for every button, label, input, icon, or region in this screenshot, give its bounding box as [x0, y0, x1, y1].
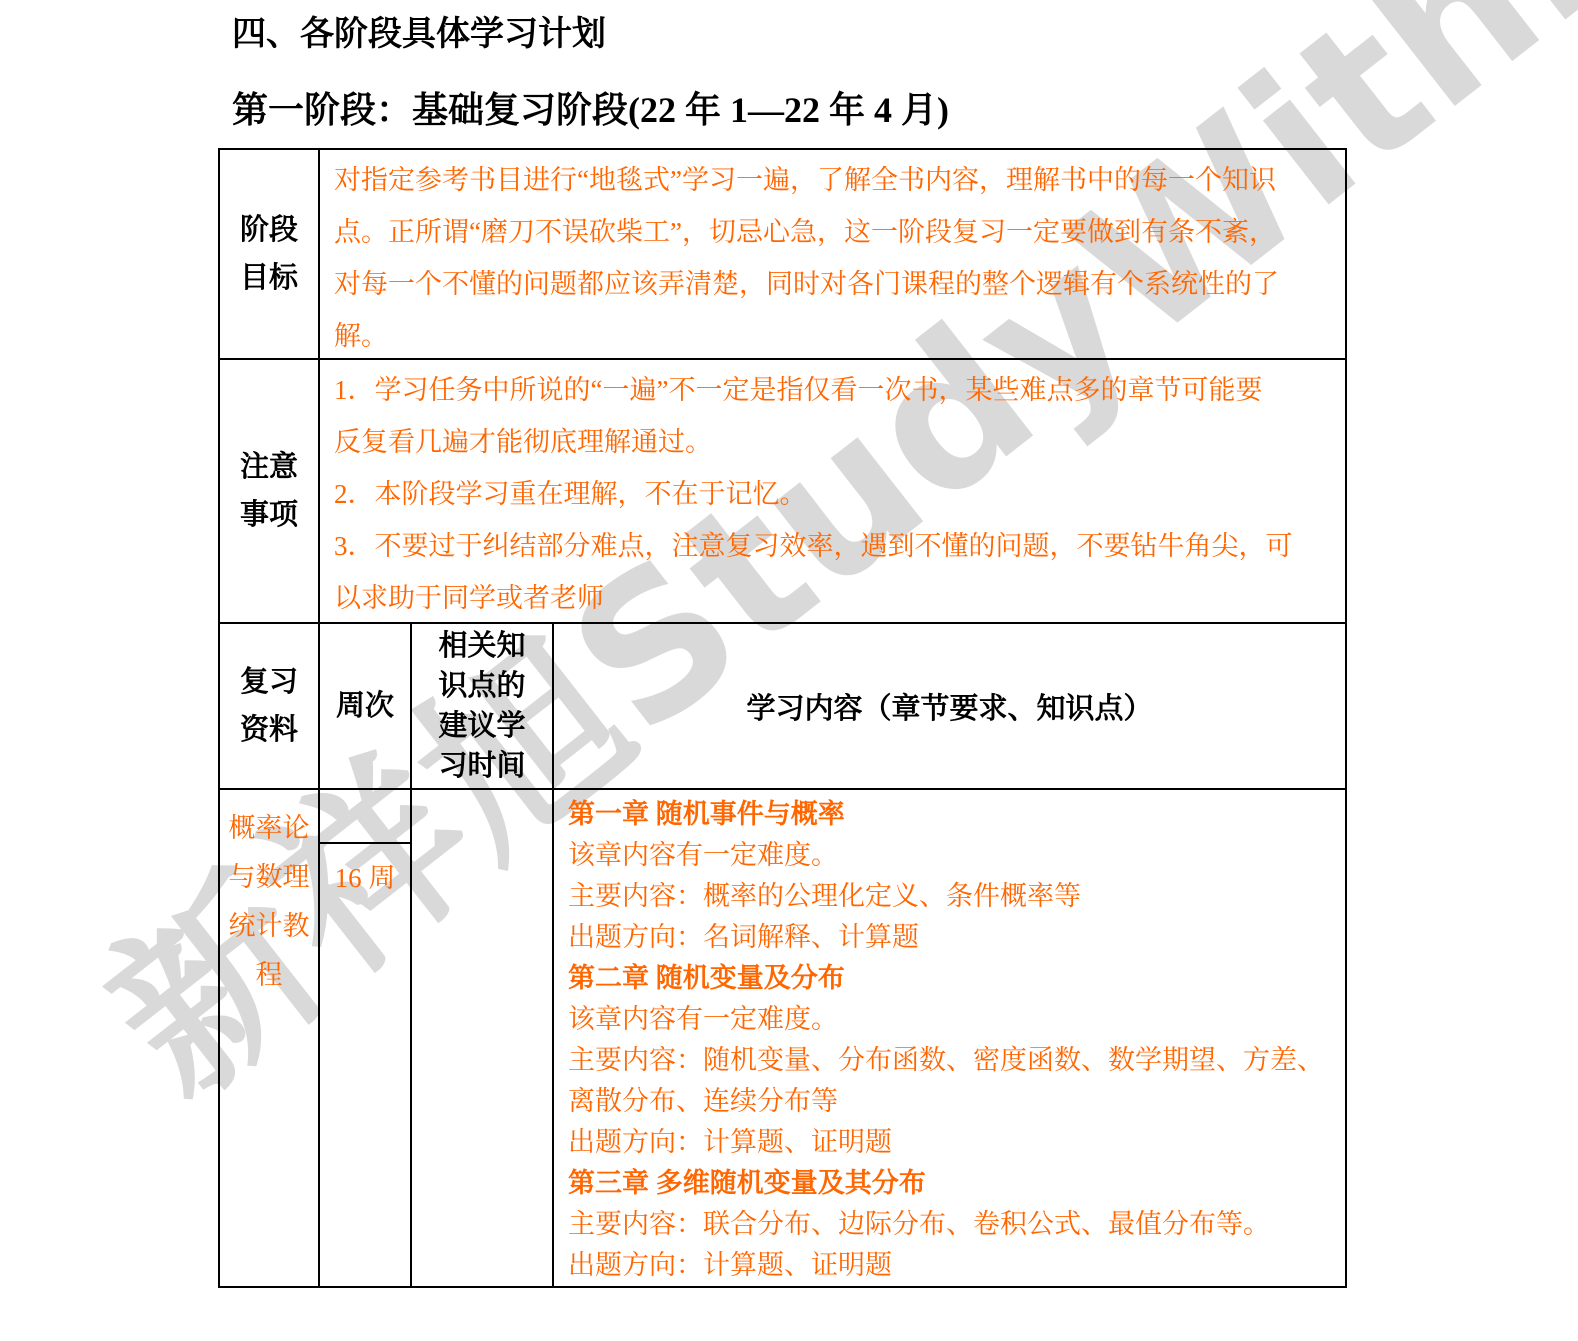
- notes-label-cell: 注意 事项: [220, 360, 320, 624]
- notes-content-cell: 1．学习任务中所说的“一遍”不一定是指仅看一次书，某些难点多的章节可能要 反复看…: [320, 360, 1347, 624]
- header-material-cell: 复习 资料: [220, 624, 320, 790]
- week-spacer-cell: [320, 790, 412, 844]
- study-plan-table: 阶段 目标 对指定参考书目进行“地毯式”学习一遍，了解全书内容，理解书中的每一个…: [218, 148, 1347, 1288]
- chapter-heading: 第一章 随机事件与概率: [568, 794, 1333, 835]
- chapter-heading: 第二章 随机变量及分布: [568, 958, 1333, 999]
- chapter-detail: 出题方向：计算题、证明题: [568, 1122, 1333, 1163]
- stage-subtitle: 第一阶段：基础复习阶段(22 年 1—22 年 4 月): [232, 82, 949, 133]
- page-title: 四、各阶段具体学习计划: [232, 6, 606, 55]
- week-value-cell: 16 周: [320, 844, 412, 1288]
- header-time-cell: 相关知 识点的 建议学 习时间: [412, 624, 554, 790]
- chapter-detail: 该章内容有一定难度。: [568, 999, 1333, 1040]
- material-name-cell: 概率论 与数理 统计教 程: [220, 790, 320, 1288]
- goal-label-cell: 阶段 目标: [220, 150, 320, 360]
- chapter-detail: 主要内容：概率的公理化定义、条件概率等: [568, 876, 1333, 917]
- chapter-detail: 出题方向：计算题、证明题: [568, 1245, 1333, 1286]
- chapter-detail: 该章内容有一定难度。: [568, 835, 1333, 876]
- chapter-heading: 第三章 多维随机变量及其分布: [568, 1163, 1333, 1204]
- header-week-cell: 周次: [320, 624, 412, 790]
- header-content-cell: 学习内容（章节要求、知识点）: [554, 624, 1347, 790]
- chapter-detail: 出题方向：名词解释、计算题: [568, 917, 1333, 958]
- document-page: 新祥旭StudyWithMe 四、各阶段具体学习计划 第一阶段：基础复习阶段(2…: [0, 0, 1578, 1341]
- chapter-detail: 主要内容：随机变量、分布函数、密度函数、数学期望、方差、 离散分布、连续分布等: [568, 1040, 1333, 1122]
- chapter-detail: 主要内容：联合分布、边际分布、卷积公式、最值分布等。: [568, 1204, 1333, 1245]
- chapters-cell: 第一章 随机事件与概率该章内容有一定难度。主要内容：概率的公理化定义、条件概率等…: [554, 790, 1347, 1288]
- time-empty-cell: [412, 790, 554, 1288]
- goal-content-cell: 对指定参考书目进行“地毯式”学习一遍，了解全书内容，理解书中的每一个知识 点。正…: [320, 150, 1347, 360]
